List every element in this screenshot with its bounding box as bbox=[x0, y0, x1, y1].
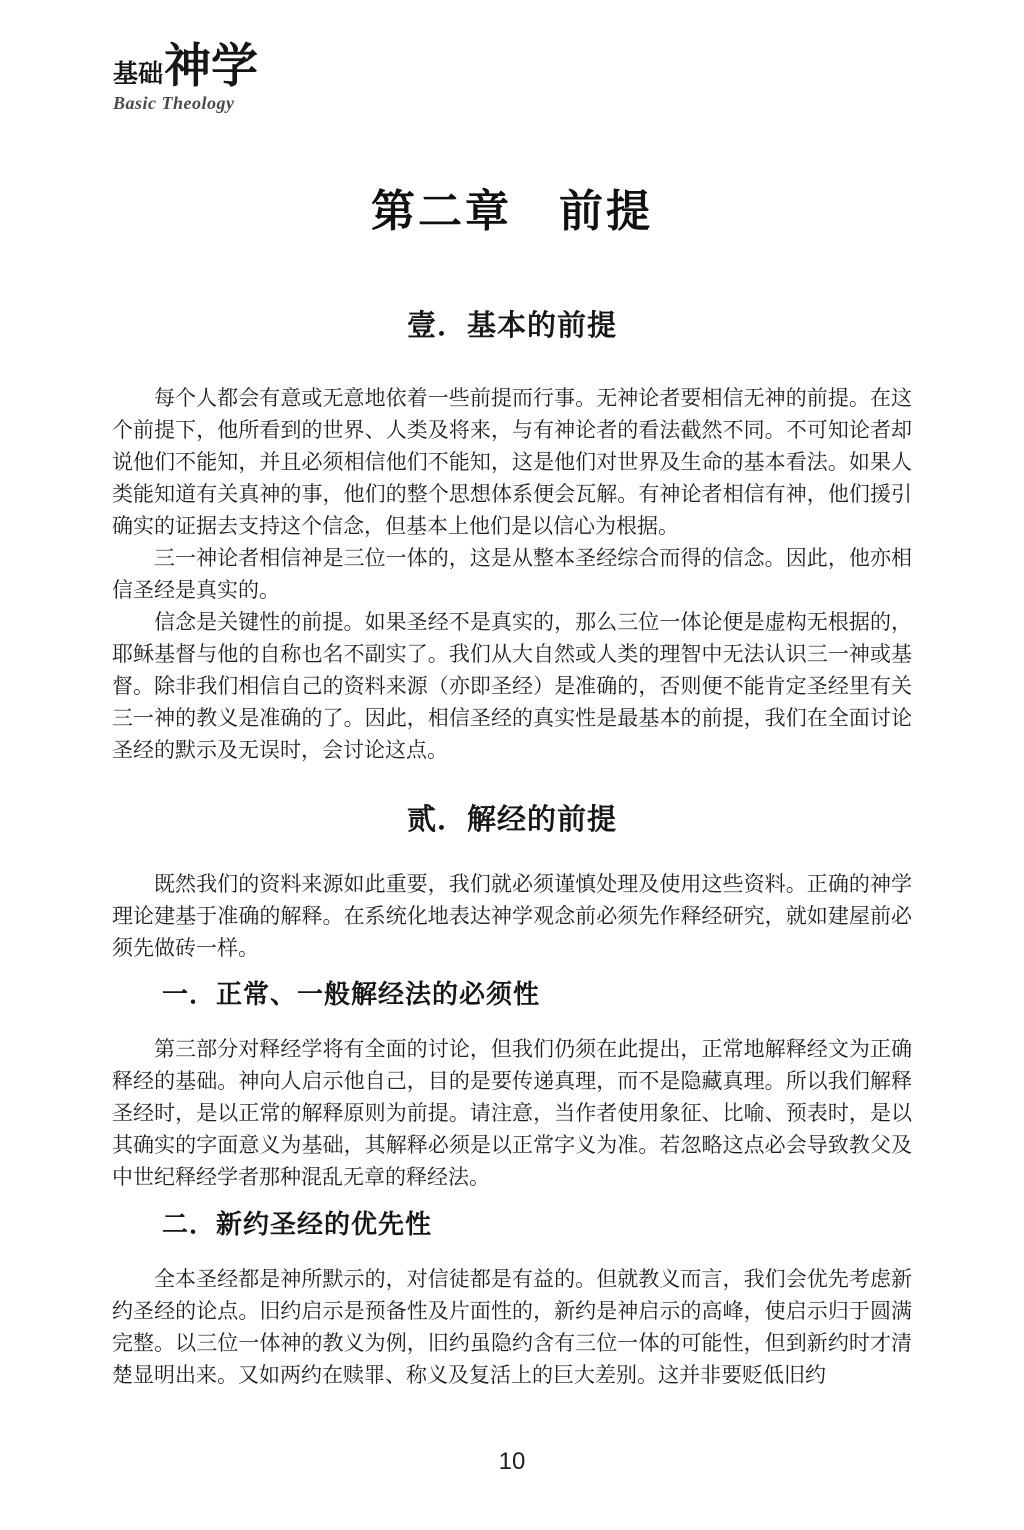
paragraph: 信念是关键性的前提。如果圣经不是真实的，那么三位一体论便是虚构无根据的，耶稣基督… bbox=[112, 606, 912, 766]
paragraph: 每个人都会有意或无意地依着一些前提而行事。无神论者要相信无神的前提。在这个前提下… bbox=[112, 382, 912, 542]
subsection-heading-normal-interpretation: 一．正常、一般解经法的必须性 bbox=[162, 978, 912, 1010]
paragraph: 第三部分对释经学将有全面的讨论，但我们仍须在此提出，正常地解释经文为正确释经的基… bbox=[112, 1033, 912, 1193]
page-content: 第二章 前提 壹．基本的前提 每个人都会有意或无意地依着一些前提而行事。无神论者… bbox=[112, 0, 912, 1391]
page-number: 10 bbox=[0, 1448, 1024, 1476]
section-heading-interpretive-premises: 贰．解经的前提 bbox=[112, 802, 912, 838]
chapter-title: 第二章 前提 bbox=[112, 186, 912, 238]
subsection-heading-nt-priority: 二．新约圣经的优先性 bbox=[162, 1208, 912, 1240]
paragraph: 全本圣经都是神所默示的，对信徒都是有益的。但就教义而言，我们会优先考虑新约圣经的… bbox=[112, 1263, 912, 1391]
paragraph: 三一神论者相信神是三位一体的，这是从整本圣经综合而得的信念。因此，他亦相信圣经是… bbox=[112, 542, 912, 606]
section-heading-basic-premises: 壹．基本的前提 bbox=[112, 308, 912, 344]
book-page: 基础 神学 Basic Theology 第二章 前提 壹．基本的前提 每个人都… bbox=[0, 0, 1024, 1530]
paragraph: 既然我们的资料来源如此重要，我们就必须谨慎处理及使用这些资料。正确的神学理论建基… bbox=[112, 868, 912, 964]
